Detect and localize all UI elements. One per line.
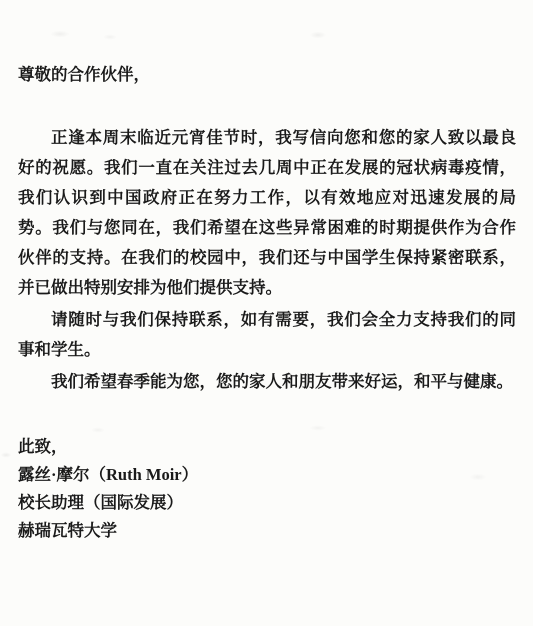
scanned-letter-page: 尊敬的合作伙伴， 正逢本周末临近元宵佳节时，我写信向您和您的家人致以最良好的祝愿… bbox=[0, 0, 533, 626]
letter-content: 尊敬的合作伙伴， 正逢本周末临近元宵佳节时，我写信向您和您的家人致以最良好的祝愿… bbox=[18, 60, 516, 545]
body-line: 正逢本周末临近元宵佳节时，我写信向您和您的家人致以最良 bbox=[18, 123, 516, 153]
letter-body: 正逢本周末临近元宵佳节时，我写信向您和您的家人致以最良好的祝愿。我们一直在关注过… bbox=[18, 123, 516, 397]
salutation: 尊敬的合作伙伴， bbox=[18, 60, 516, 90]
body-line: 我们希望春季能为您，您的家人和朋友带来好运，和平与健康。 bbox=[18, 367, 516, 397]
body-line: 事和学生。 bbox=[18, 335, 516, 365]
body-line: 我们认识到中国政府正在努力工作，以有效地应对迅速发展的局 bbox=[18, 183, 516, 213]
body-line: 伙伴的支持。在我们的校园中，我们还与中国学生保持紧密联系， bbox=[18, 243, 516, 273]
paragraph: 我们希望春季能为您，您的家人和朋友带来好运，和平与健康。 bbox=[18, 367, 516, 397]
signature-title: 校长助理（国际发展） bbox=[18, 489, 516, 517]
paragraph: 正逢本周末临近元宵佳节时，我写信向您和您的家人致以最良好的祝愿。我们一直在关注过… bbox=[18, 123, 516, 303]
signature-org: 赫瑞瓦特大学 bbox=[18, 517, 516, 545]
signature-name: 露丝·摩尔（Ruth Moir） bbox=[18, 461, 516, 489]
body-line: 请随时与我们保持联系，如有需要，我们会全力支持我们的同 bbox=[18, 305, 516, 335]
letter-closing: 此致， 露丝·摩尔（Ruth Moir） 校长助理（国际发展） 赫瑞瓦特大学 bbox=[18, 433, 516, 545]
body-line: 好的祝愿。我们一直在关注过去几周中正在发展的冠状病毒疫情， bbox=[18, 153, 516, 183]
valediction: 此致， bbox=[18, 433, 516, 461]
paragraph: 请随时与我们保持联系，如有需要，我们会全力支持我们的同事和学生。 bbox=[18, 305, 516, 365]
body-line: 势。我们与您同在，我们希望在这些异常困难的时期提供作为合作 bbox=[18, 213, 516, 243]
body-line: 并已做出特别安排为他们提供支持。 bbox=[18, 273, 516, 303]
